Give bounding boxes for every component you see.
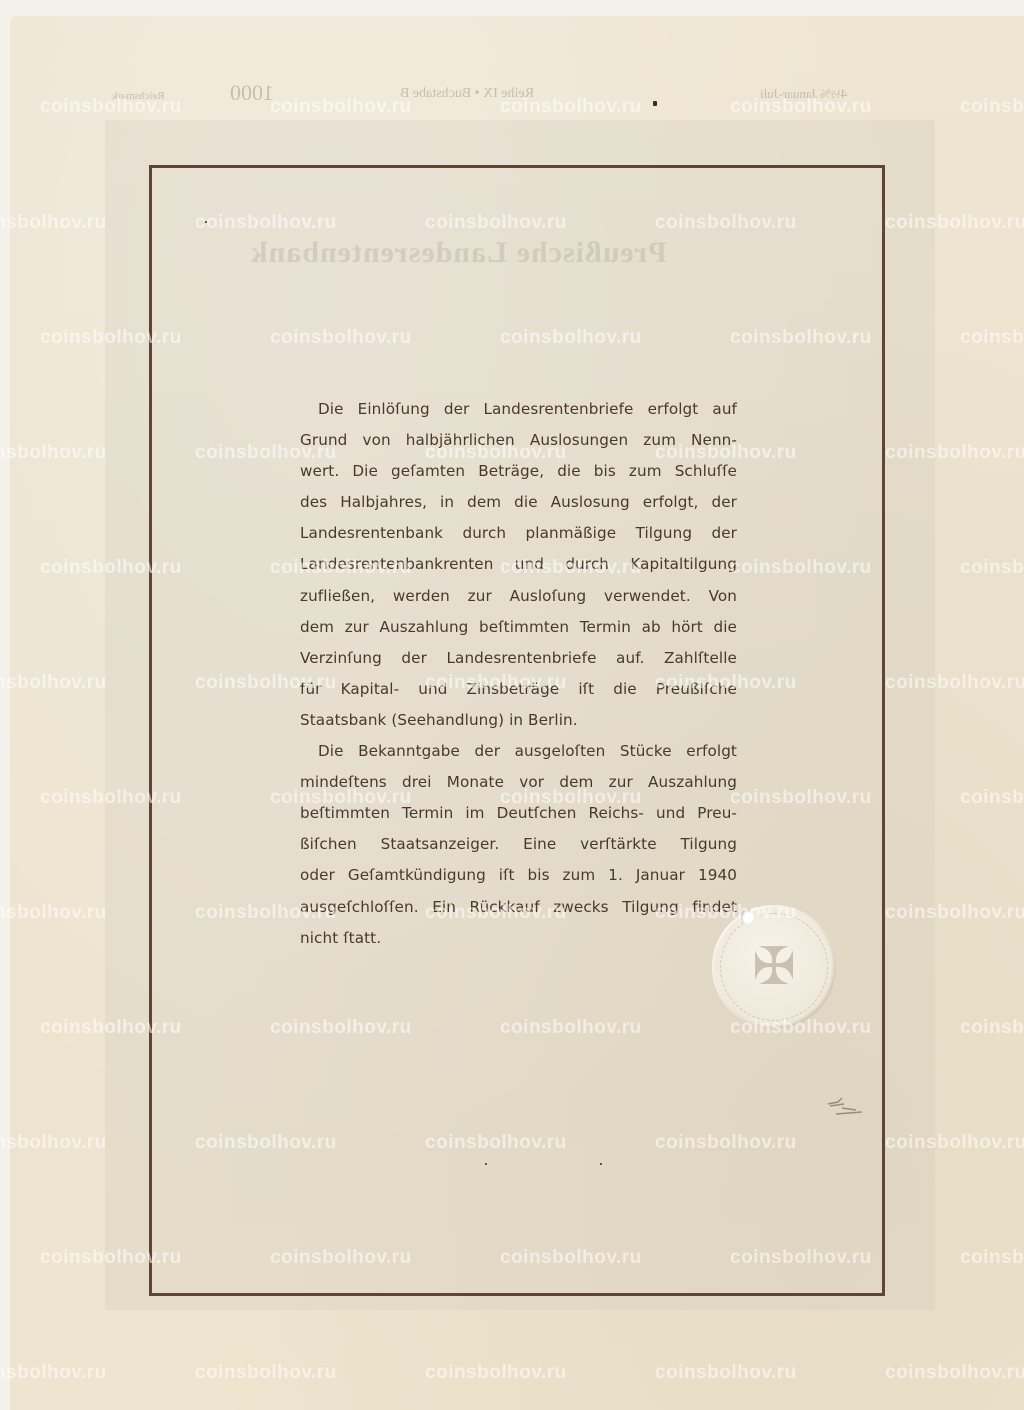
- paper-speck: [485, 1163, 487, 1165]
- text-line: nicht ſtatt.: [300, 923, 737, 954]
- text-line: Landesrentenbankrenten und durch Kapital…: [300, 549, 737, 580]
- punch-hole: [741, 910, 754, 924]
- text-line: beſtimmten Termin im Deutſchen Reichs- u…: [300, 798, 737, 829]
- text-line: Grund von halbjährlichen Auslosungen zum…: [300, 425, 737, 456]
- show-through-header: Reichsmark 1000 Reihe IX • Buchstabe B 4…: [0, 80, 1024, 110]
- paper-speck: [653, 101, 657, 106]
- paragraph-announcement: Die Bekanntgabe der ausgeloſten Stücke e…: [300, 736, 737, 954]
- ghost-denomination: 1000: [230, 80, 274, 106]
- text-line: Landesrentenbank durch planmäßige Tilgun…: [300, 518, 737, 549]
- text-line: dem zur Auszahlung beſtimmten Termin ab …: [300, 612, 737, 643]
- text-line: Verzinſung der Landesrentenbriefe auf. Z…: [300, 643, 737, 674]
- text-line: Staatsbank (Seehandlung) in Berlin.: [300, 705, 737, 736]
- terms-text: Die Einlöſung der Landesrentenbriefe erf…: [300, 394, 737, 954]
- ghost-series: Reihe IX • Buchstabe B: [400, 86, 534, 102]
- paper-speck: [205, 221, 207, 223]
- text-line: ßiſchen Staatsanzeiger. Eine verſtärkte …: [300, 829, 737, 860]
- paragraph-redemption: Die Einlöſung der Landesrentenbriefe erf…: [300, 394, 737, 736]
- eagle-emblem-icon: ✠: [746, 935, 802, 999]
- embossed-seal: ✠: [712, 905, 836, 1029]
- text-line: des Halbjahres, in dem die Auslosung erf…: [300, 487, 737, 518]
- text-line: für Kapital- und Zinsbeträge iſt die Pre…: [300, 674, 737, 705]
- text-line: Die Bekanntgabe der ausgeloſten Stücke e…: [300, 736, 737, 767]
- text-line: oder Geſamtkündigung iſt bis zum 1. Janu…: [300, 860, 737, 891]
- text-line: mindeſtens drei Monate vor dem zur Ausza…: [300, 767, 737, 798]
- text-line: Die Einlöſung der Landesrentenbriefe erf…: [300, 394, 737, 425]
- text-line: wert. Die geſamten Beträge, die bis zum …: [300, 456, 737, 487]
- pencil-annotation: [826, 1094, 866, 1118]
- ghost-interest: 4½% Januar-Juli: [760, 86, 847, 102]
- text-line: ausgeſchloſſen. Ein Rückkauf zwecks Tilg…: [300, 892, 737, 923]
- text-line: zufließen, werden zur Ausloſung verwende…: [300, 581, 737, 612]
- paper-speck: [600, 1163, 602, 1165]
- ghost-denomination-unit: Reichsmark: [112, 90, 165, 102]
